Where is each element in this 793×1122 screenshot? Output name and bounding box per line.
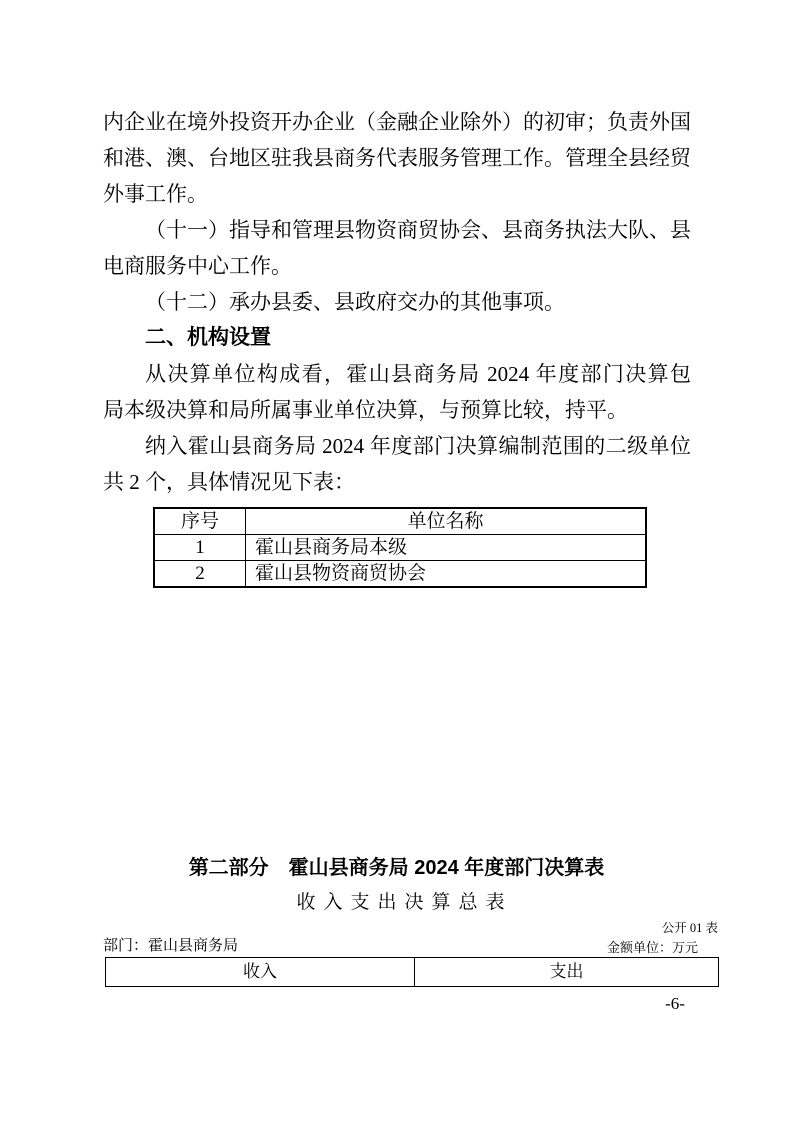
paragraph-line: 内企业在境外投资开办企业（金融企业除外）的初审；负责外国 (103, 104, 691, 140)
paragraph-line: （十二）承办县委、县政府交办的其他事项。 (103, 284, 691, 320)
unit-name-cell: 霍山县商务局本级 (246, 535, 647, 561)
section-heading: 二、机构设置 (103, 320, 691, 356)
paragraph-line: 从决算单位构成看，霍山县商务局 2024 年度部门决算包括： (103, 356, 691, 392)
part2-subtitle: 收入支出决算总表 (8, 891, 793, 915)
paragraph-line: 外事工作。 (103, 176, 691, 212)
table-code-label: 公开 01 表 (103, 920, 718, 936)
column-header-seq: 序号 (154, 508, 246, 535)
paragraph-line: 电商服务中心工作。 (103, 248, 691, 284)
unit-seq-cell: 2 (154, 561, 246, 588)
body-text: 内企业在境外投资开办企业（金融企业除外）的初审；负责外国 和港、澳、台地区驻我县… (103, 104, 691, 500)
paragraph-line: 纳入霍山县商务局 2024 年度部门决算编制范围的二级单位 (103, 428, 691, 464)
unit-name-cell: 霍山县物资商贸协会 (246, 561, 647, 588)
expenditure-header-cell: 支出 (415, 958, 719, 987)
secondary-units-table: 序号 单位名称 1 霍山县商务局本级 2 霍山县物资商贸协会 (153, 507, 647, 588)
summary-header-row: 收入 支出 (106, 958, 719, 987)
paragraph-line: 和港、澳、台地区驻我县商务代表服务管理工作。管理全县经贸 (103, 140, 691, 176)
unit-seq-cell: 1 (154, 535, 246, 561)
page-number: -6- (635, 994, 715, 1014)
paragraph-line: 共 2 个，具体情况见下表： (103, 464, 691, 500)
table-header-row: 序号 单位名称 (154, 508, 646, 535)
paragraph-line: （十一）指导和管理县物资商贸协会、县商务执法大队、县 (103, 212, 691, 248)
document-page: 内企业在境外投资开办企业（金融企业除外）的初审；负责外国 和港、澳、台地区驻我县… (0, 0, 793, 1122)
table-row: 1 霍山县商务局本级 (154, 535, 646, 561)
column-header-name: 单位名称 (246, 508, 647, 535)
amount-unit-label: 金额单位：万元 (103, 939, 698, 956)
part2-title: 第二部分 霍山县商务局 2024 年度部门决算表 (0, 855, 793, 881)
table-row: 2 霍山县物资商贸协会 (154, 561, 646, 588)
paragraph-line: 局本级决算和局所属事业单位决算，与预算比较，持平。 (103, 392, 691, 428)
summary-table: 收入 支出 (105, 957, 719, 987)
income-header-cell: 收入 (106, 958, 415, 987)
